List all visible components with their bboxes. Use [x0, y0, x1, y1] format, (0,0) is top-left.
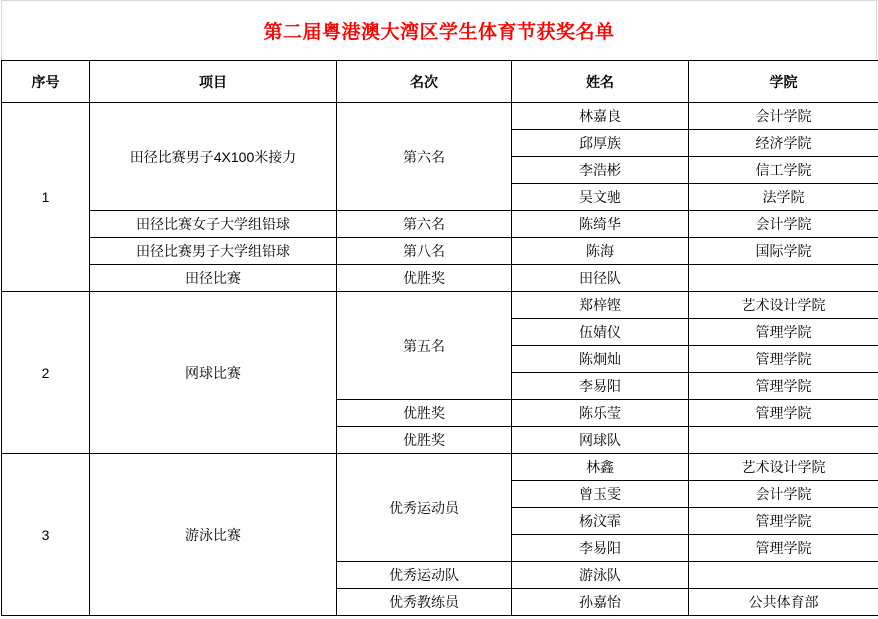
cell-name: 网球队 — [512, 427, 689, 454]
cell-no: 1 — [2, 103, 90, 292]
cell-college — [689, 562, 878, 589]
cell-name: 孙嘉怡 — [512, 589, 689, 616]
cell-project: 田径比赛女子大学组铅球 — [90, 211, 337, 238]
cell-rank: 优秀运动队 — [337, 562, 512, 589]
cell-no: 3 — [2, 454, 90, 616]
cell-rank: 第六名 — [337, 103, 512, 211]
cell-name: 林嘉良 — [512, 103, 689, 130]
col-header-college: 学院 — [689, 61, 878, 103]
cell-name: 李易阳 — [512, 373, 689, 400]
cell-name: 曾玉雯 — [512, 481, 689, 508]
col-header-project: 项目 — [90, 61, 337, 103]
table-row: 3游泳比赛优秀运动员林鑫艺术设计学院 — [2, 454, 878, 481]
cell-name: 陈海 — [512, 238, 689, 265]
table-row: 田径比赛女子大学组铅球第六名陈绮华会计学院 — [2, 211, 878, 238]
cell-college: 管理学院 — [689, 373, 878, 400]
cell-rank: 第八名 — [337, 238, 512, 265]
cell-name: 田径队 — [512, 265, 689, 292]
col-header-name: 姓名 — [512, 61, 689, 103]
cell-name: 林鑫 — [512, 454, 689, 481]
cell-rank: 第五名 — [337, 292, 512, 400]
cell-rank: 优秀运动员 — [337, 454, 512, 562]
table-row: 1田径比赛男子4X100米接力第六名林嘉良会计学院 — [2, 103, 878, 130]
cell-college: 经济学院 — [689, 130, 878, 157]
cell-college: 管理学院 — [689, 319, 878, 346]
cell-name: 伍婧仪 — [512, 319, 689, 346]
cell-name: 游泳队 — [512, 562, 689, 589]
cell-rank: 优胜奖 — [337, 400, 512, 427]
table-row: 田径比赛优胜奖田径队 — [2, 265, 878, 292]
cell-college: 信工学院 — [689, 157, 878, 184]
cell-college: 艺术设计学院 — [689, 292, 878, 319]
cell-college: 管理学院 — [689, 508, 878, 535]
cell-project: 游泳比赛 — [90, 454, 337, 616]
cell-rank: 优胜奖 — [337, 427, 512, 454]
cell-project: 网球比赛 — [90, 292, 337, 454]
cell-college: 会计学院 — [689, 103, 878, 130]
awards-table: 序号 项目 名次 姓名 学院 1田径比赛男子4X100米接力第六名林嘉良会计学院… — [1, 60, 878, 616]
cell-no: 2 — [2, 292, 90, 454]
cell-name: 杨汶霏 — [512, 508, 689, 535]
cell-rank: 优秀教练员 — [337, 589, 512, 616]
cell-college: 管理学院 — [689, 346, 878, 373]
cell-college: 会计学院 — [689, 211, 878, 238]
cell-college: 国际学院 — [689, 238, 878, 265]
cell-name: 李浩彬 — [512, 157, 689, 184]
cell-name: 陈绮华 — [512, 211, 689, 238]
table-row: 田径比赛男子大学组铅球第八名陈海国际学院 — [2, 238, 878, 265]
cell-project: 田径比赛 — [90, 265, 337, 292]
cell-college — [689, 427, 878, 454]
title-block: 第二届粤港澳大湾区学生体育节获奖名单 — [1, 0, 877, 60]
cell-name: 陈乐莹 — [512, 400, 689, 427]
cell-college: 管理学院 — [689, 535, 878, 562]
col-header-no: 序号 — [2, 61, 90, 103]
cell-project: 田径比赛男子大学组铅球 — [90, 238, 337, 265]
cell-college: 艺术设计学院 — [689, 454, 878, 481]
cell-name: 陈炯灿 — [512, 346, 689, 373]
cell-name: 吴文驰 — [512, 184, 689, 211]
cell-name: 李易阳 — [512, 535, 689, 562]
table-row: 2网球比赛第五名郑梓铿艺术设计学院 — [2, 292, 878, 319]
cell-college: 法学院 — [689, 184, 878, 211]
cell-rank: 第六名 — [337, 211, 512, 238]
col-header-rank: 名次 — [337, 61, 512, 103]
table-header: 序号 项目 名次 姓名 学院 — [2, 61, 878, 103]
cell-college: 公共体育部 — [689, 589, 878, 616]
cell-college: 会计学院 — [689, 481, 878, 508]
header-row: 序号 项目 名次 姓名 学院 — [2, 61, 878, 103]
page-title: 第二届粤港澳大湾区学生体育节获奖名单 — [263, 17, 614, 44]
cell-project: 田径比赛男子4X100米接力 — [90, 103, 337, 211]
cell-name: 郑梓铿 — [512, 292, 689, 319]
page: 第二届粤港澳大湾区学生体育节获奖名单 序号 项目 名次 姓名 学院 1田径比赛男… — [0, 0, 878, 619]
cell-college — [689, 265, 878, 292]
awards-table-body: 1田径比赛男子4X100米接力第六名林嘉良会计学院邱厚族经济学院李浩彬信工学院吴… — [2, 103, 878, 616]
cell-college: 管理学院 — [689, 400, 878, 427]
cell-name: 邱厚族 — [512, 130, 689, 157]
cell-rank: 优胜奖 — [337, 265, 512, 292]
